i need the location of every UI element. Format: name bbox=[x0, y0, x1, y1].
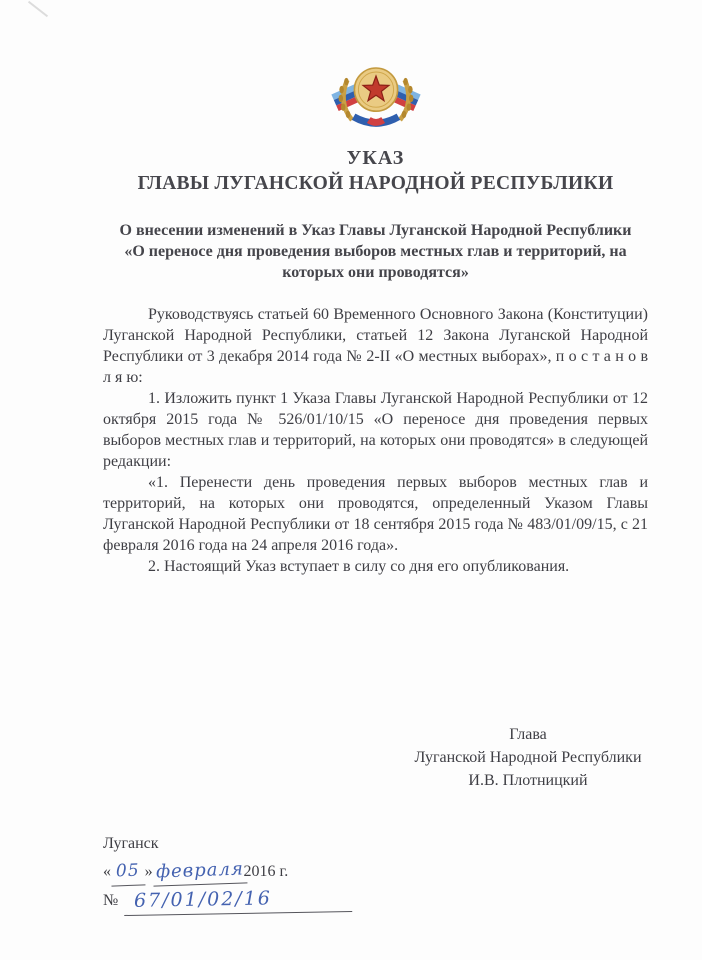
number-label: № bbox=[103, 892, 118, 909]
footer-city: Луганск bbox=[103, 830, 648, 857]
emblem-area bbox=[103, 56, 648, 138]
decree-subject-line-1: О внесении изменений в Указ Главы Луганс… bbox=[103, 220, 648, 241]
footer-block: Луганск «05»февраля 2016 г. №67/01/02/16 bbox=[103, 830, 648, 914]
handwritten-number: 67/01/02/16 bbox=[124, 884, 352, 916]
decree-title-organization: ГЛАВЫ ЛУГАНСКОЙ НАРОДНОЙ РЕСПУБЛИКИ bbox=[103, 173, 648, 195]
handwritten-day: 05 bbox=[111, 857, 146, 886]
signature-block: Глава Луганской Народной Республики И.В.… bbox=[378, 723, 678, 792]
signature-name: И.В. Плотницкий bbox=[378, 769, 678, 792]
decree-paragraph-item-2: 2. Настоящий Указ вступает в силу со дня… bbox=[103, 556, 648, 577]
footer-number-line: №67/01/02/16 bbox=[103, 886, 648, 914]
date-close-quote: » bbox=[145, 863, 153, 880]
decree-paragraph-preamble: Руководствуясь статьей 60 Временного Осн… bbox=[103, 304, 648, 388]
lpr-coat-of-arms-icon bbox=[328, 56, 424, 136]
decree-subject-line-2: «О переносе дня проведения выборов местн… bbox=[103, 241, 648, 262]
decree-subject-line-3: которых они проводятся» bbox=[103, 262, 648, 283]
decree-subject: О внесении изменений в Указ Главы Луганс… bbox=[103, 220, 648, 283]
signature-post: Глава bbox=[378, 723, 678, 746]
decree-body: Руководствуясь статьей 60 Временного Осн… bbox=[103, 304, 648, 577]
handwritten-month: февраля bbox=[152, 855, 247, 886]
decree-document: УКАЗ ГЛАВЫ ЛУГАНСКОЙ НАРОДНОЙ РЕСПУБЛИКИ… bbox=[0, 0, 702, 960]
emblem-bottom-ribbon-center bbox=[368, 120, 382, 122]
signature-republic: Луганской Народной Республики bbox=[378, 746, 678, 769]
footer-date-line: «05»февраля 2016 г. bbox=[103, 857, 648, 886]
decree-title: УКАЗ bbox=[103, 147, 648, 170]
decree-paragraph-quoted-edition: «1. Перенести день проведения первых выб… bbox=[103, 472, 648, 556]
decree-paragraph-item-1: 1. Изложить пункт 1 Указа Главы Луганско… bbox=[103, 388, 648, 472]
date-year: 2016 г. bbox=[244, 863, 289, 880]
